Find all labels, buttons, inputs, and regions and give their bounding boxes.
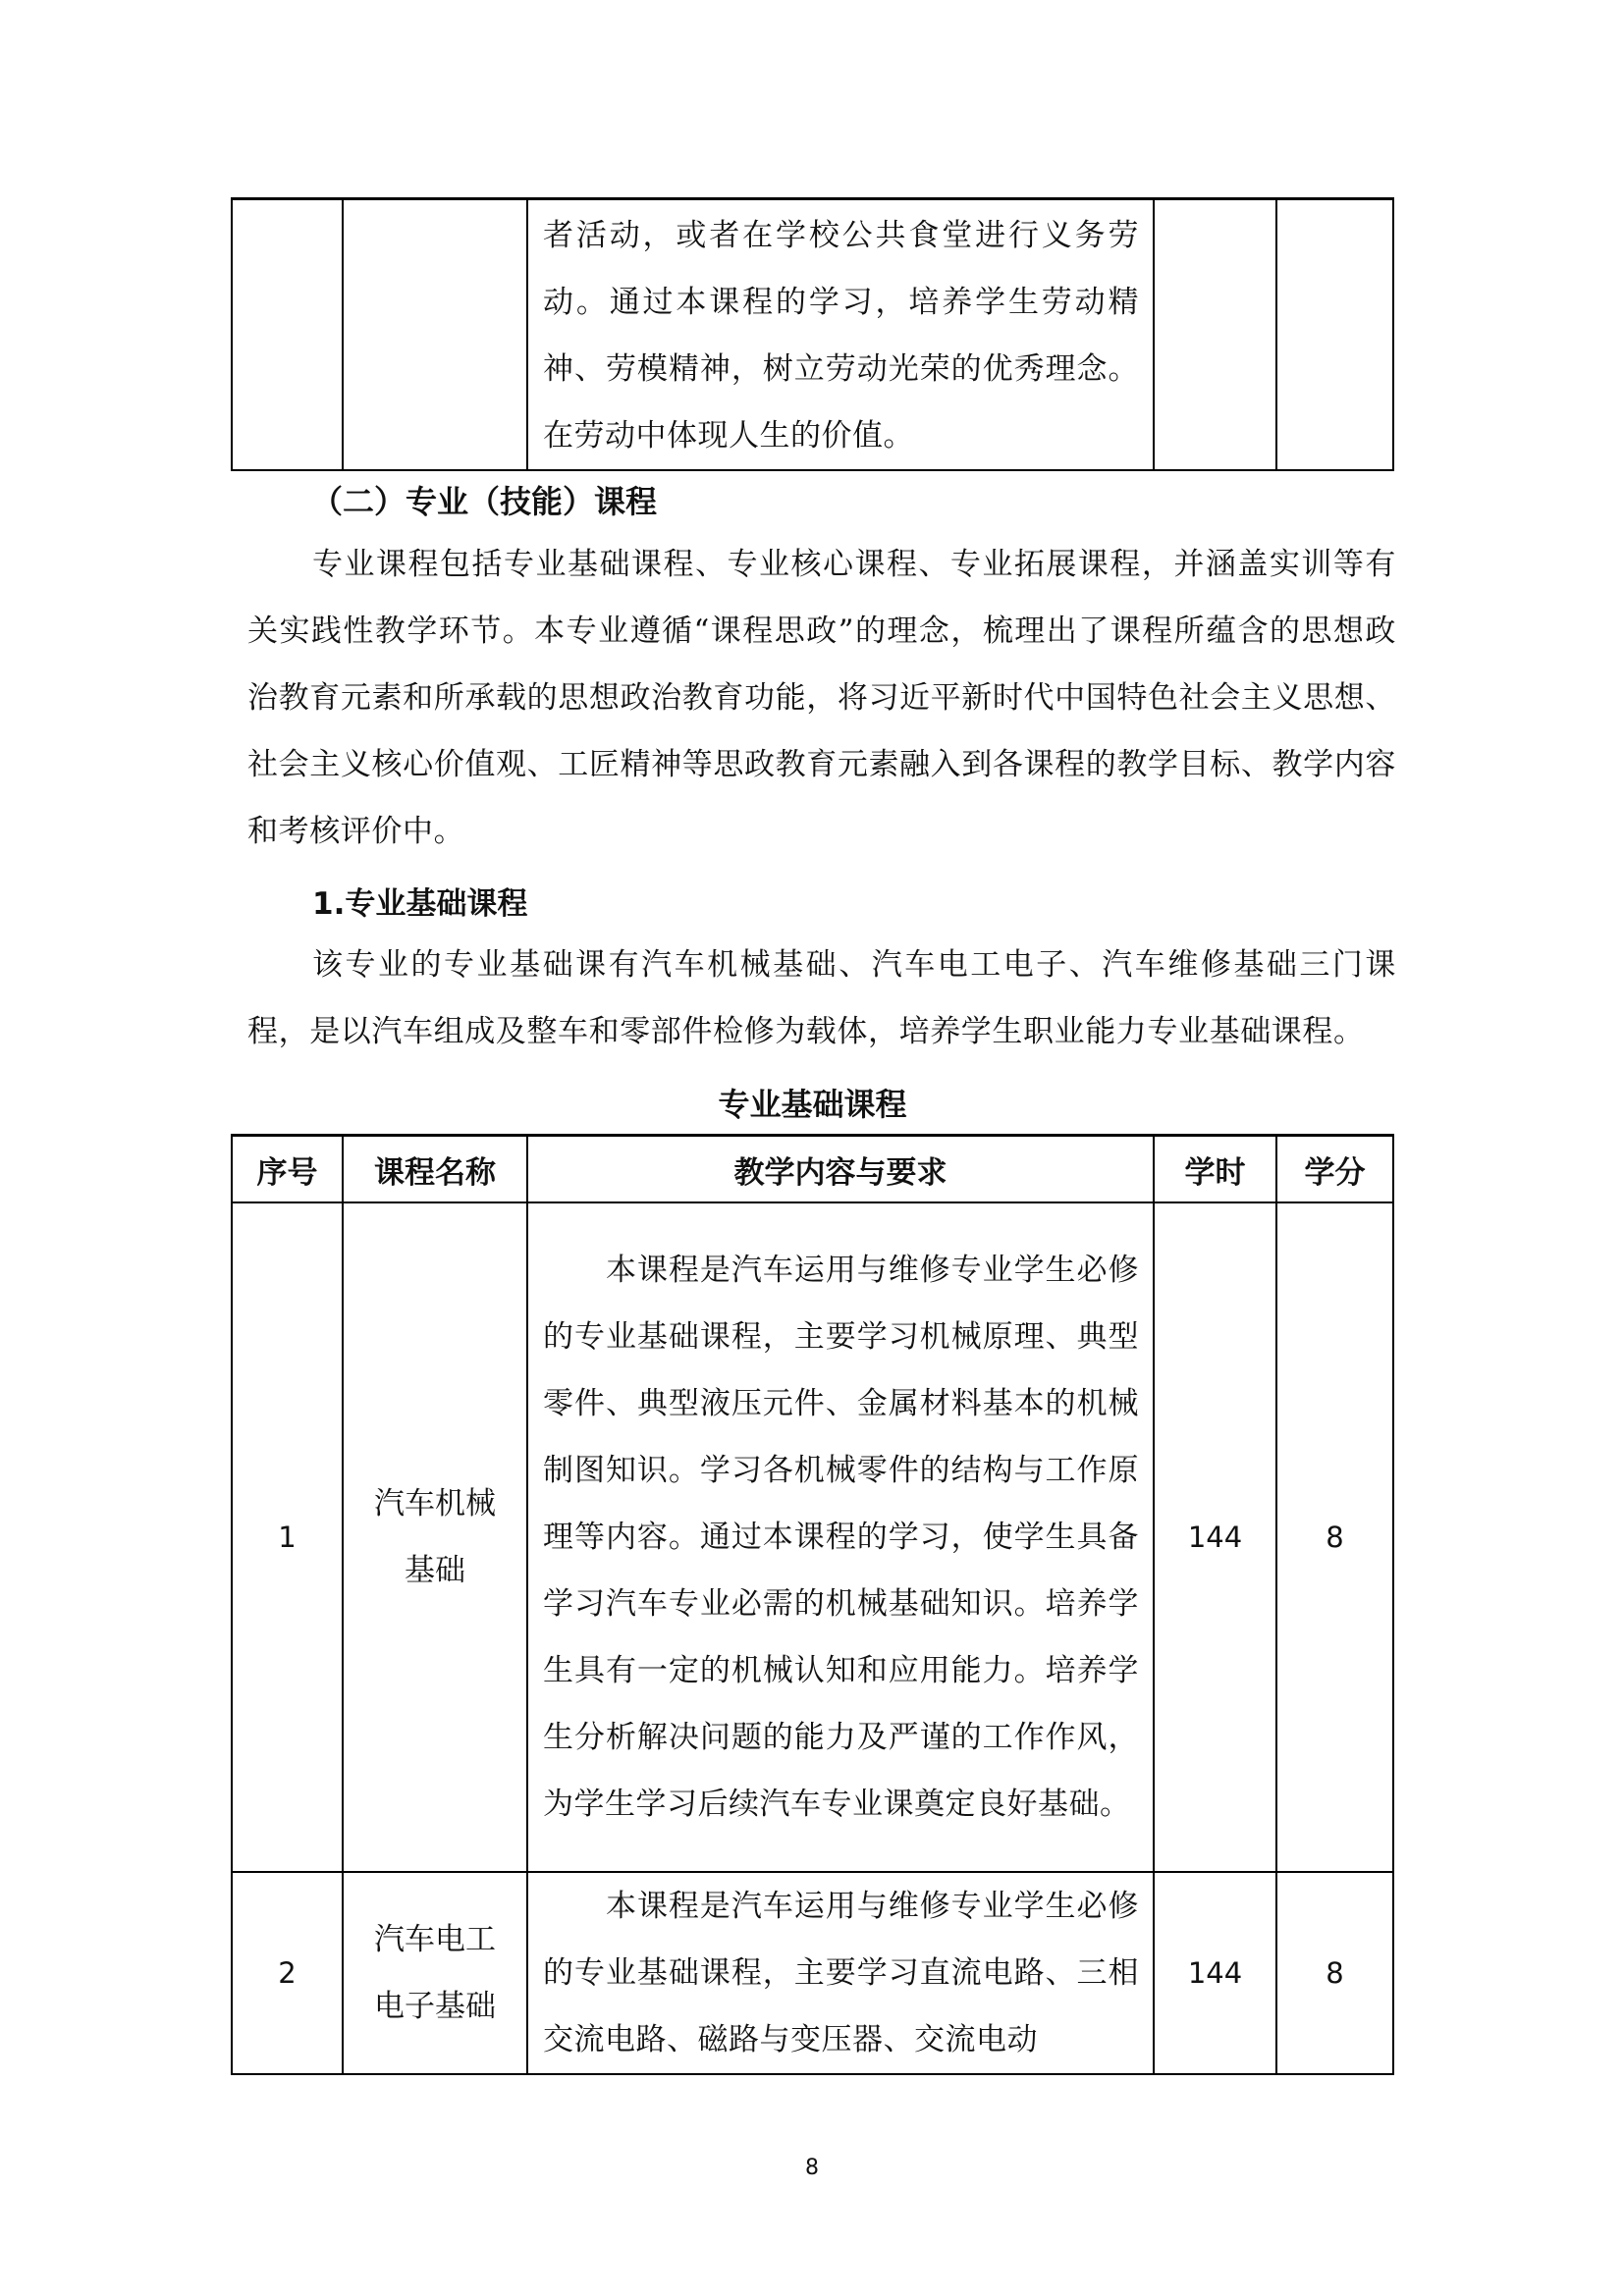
continued-course-table: 者活动，或者在学校公共食堂进行义务劳动。通过本课程的学习，培养学生劳动精神、劳模… — [231, 197, 1394, 471]
table-caption: 专业基础课程 — [231, 1080, 1394, 1125]
hours-cell: 144 — [1154, 1872, 1276, 2074]
course-name-cell: 汽车电工电子基础 — [343, 1872, 527, 2074]
header-credits: 学分 — [1276, 1136, 1393, 1203]
content-cell: 本课程是汽车运用与维修专业学生必修的专业基础课程，主要学习直流电路、三相交流电路… — [527, 1872, 1154, 2074]
credits-cell — [1276, 199, 1393, 471]
content-text: 本课程是汽车运用与维修专业学生必修的专业基础课程，主要学习机械原理、典型零件、典… — [528, 1237, 1153, 1838]
page-number: 8 — [0, 2156, 1624, 2180]
subsection-heading: 1.专业基础课程 — [312, 879, 527, 923]
index-cell: 2 — [232, 1872, 343, 2074]
table-row: 1 汽车机械基础 本课程是汽车运用与维修专业学生必修的专业基础课程，主要学习机械… — [232, 1202, 1393, 1872]
hours-cell — [1154, 199, 1276, 471]
header-hours: 学时 — [1154, 1136, 1276, 1203]
header-course-name: 课程名称 — [343, 1136, 527, 1203]
section-heading: （二）专业（技能）课程 — [311, 477, 657, 522]
content-cell: 者活动，或者在学校公共食堂进行义务劳动。通过本课程的学习，培养学生劳动精神、劳模… — [527, 199, 1154, 471]
course-name-cell — [343, 199, 527, 471]
course-name-text: 汽车电工电子基础 — [368, 1906, 502, 2040]
hours-cell: 144 — [1154, 1202, 1276, 1872]
course-name-cell: 汽车机械基础 — [343, 1202, 527, 1872]
credits-cell: 8 — [1276, 1202, 1393, 1872]
table-row: 2 汽车电工电子基础 本课程是汽车运用与维修专业学生必修的专业基础课程，主要学习… — [232, 1872, 1393, 2074]
subsection-intro-paragraph: 该专业的专业基础课有汽车机械基础、汽车电工电子、汽车维修基础三门课程，是以汽车组… — [247, 932, 1396, 1065]
content-cell: 本课程是汽车运用与维修专业学生必修的专业基础课程，主要学习机械原理、典型零件、典… — [527, 1202, 1154, 1872]
table-header-row: 序号 课程名称 教学内容与要求 学时 学分 — [232, 1136, 1393, 1203]
header-content: 教学内容与要求 — [527, 1136, 1154, 1203]
index-cell — [232, 199, 343, 471]
index-cell: 1 — [232, 1202, 343, 1872]
section-intro-paragraph: 专业课程包括专业基础课程、专业核心课程、专业拓展课程，并涵盖实训等有关实践性教学… — [247, 531, 1396, 865]
credits-cell: 8 — [1276, 1872, 1393, 2074]
course-table: 序号 课程名称 教学内容与要求 学时 学分 1 汽车机械基础 本课程是汽车运用与… — [231, 1134, 1394, 2075]
table-row: 者活动，或者在学校公共食堂进行义务劳动。通过本课程的学习，培养学生劳动精神、劳模… — [232, 199, 1393, 471]
content-text: 本课程是汽车运用与维修专业学生必修的专业基础课程，主要学习直流电路、三相交流电路… — [528, 1873, 1153, 2073]
course-name-text: 汽车机械基础 — [368, 1470, 502, 1604]
header-index: 序号 — [232, 1136, 343, 1203]
content-text: 者活动，或者在学校公共食堂进行义务劳动。通过本课程的学习，培养学生劳动精神、劳模… — [528, 200, 1153, 469]
